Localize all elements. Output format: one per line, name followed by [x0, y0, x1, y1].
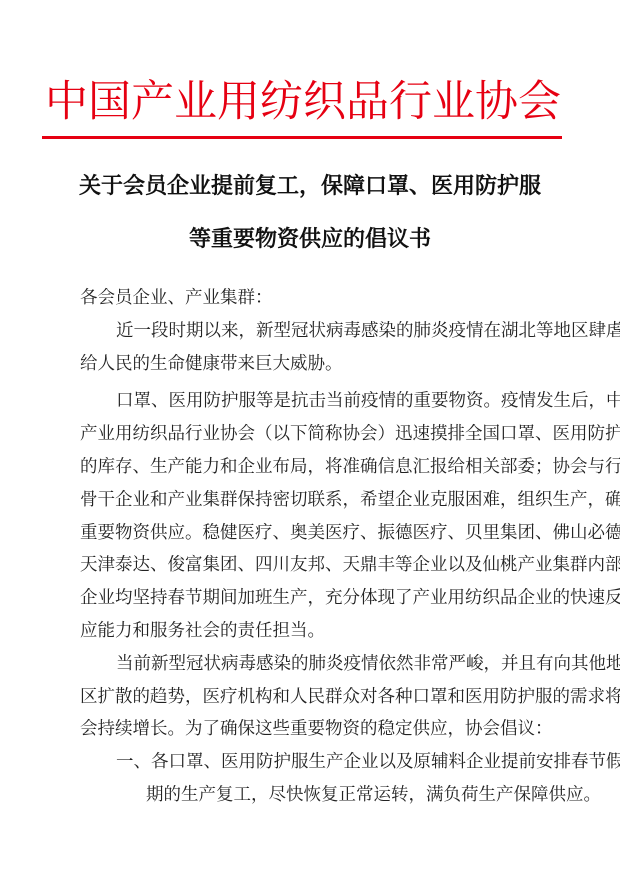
document-title-line-1: 关于会员企业提前复工，保障口罩、医用防护服	[40, 173, 580, 201]
paragraph-1: 近一段时期以来，新型冠状病毒感染的肺炎疫情在湖北等地区肆虐， 给人民的生命健康带…	[80, 317, 560, 383]
paragraph-2: 口罩、医用防护服等是抗击当前疫情的重要物资。疫情发生后，中国 产业用纺织品行业协…	[80, 387, 560, 649]
paragraph-line: 口罩、医用防护服等是抗击当前疫情的重要物资。疫情发生后，中国	[80, 387, 560, 420]
paragraph-line: 当前新型冠状病毒感染的肺炎疫情依然非常严峻，并且有向其他地	[80, 650, 560, 683]
proposal-line: 期的生产复工，尽快恢复正常运转，满负荷生产保障供应。	[80, 781, 560, 814]
paragraph-line: 重要物资供应。稳健医疗、奥美医疗、振德医疗、贝里集团、佛山必德福、	[80, 519, 560, 552]
paragraph-line: 应能力和服务社会的责任担当。	[80, 617, 560, 650]
document-title-line-2: 等重要物资供应的倡议书	[40, 226, 580, 254]
paragraph-line: 会持续增长。为了确保这些重要物资的稳定供应，协会倡议：	[80, 715, 560, 748]
paragraph-line: 产业用纺织品行业协会（以下简称协会）迅速摸排全国口罩、医用防护服	[80, 420, 560, 453]
paragraph-line: 近一段时期以来，新型冠状病毒感染的肺炎疫情在湖北等地区肆虐，	[80, 317, 560, 350]
salutation: 各会员企业、产业集群：	[80, 284, 560, 317]
organization-letterhead: 中国产业用纺织品行业协会	[40, 76, 566, 128]
proposal-line: 一、各口罩、医用防护服生产企业以及原辅料企业提前安排春节假	[80, 748, 560, 781]
paragraph-line: 企业均坚持春节期间加班生产，充分体现了产业用纺织品企业的快速反	[80, 584, 560, 617]
paragraph-line: 骨干企业和产业集群保持密切联系，希望企业克服困难，组织生产，确保	[80, 486, 560, 519]
paragraph-line: 天津泰达、俊富集团、四川友邦、天鼎丰等企业以及仙桃产业集群内部分	[80, 551, 560, 584]
paragraph-3: 当前新型冠状病毒感染的肺炎疫情依然非常严峻，并且有向其他地 区扩散的趋势，医疗机…	[80, 650, 560, 748]
paragraph-line: 区扩散的趋势，医疗机构和人民群众对各种口罩和医用防护服的需求将	[80, 683, 560, 716]
proposal-1: 一、各口罩、医用防护服生产企业以及原辅料企业提前安排春节假 期的生产复工，尽快恢…	[80, 748, 560, 814]
paragraph-line: 的库存、生产能力和企业布局，将准确信息汇报给相关部委；协会与行业	[80, 453, 560, 486]
paragraph-line: 给人民的生命健康带来巨大威胁。	[80, 350, 560, 383]
letterhead-divider	[42, 136, 562, 139]
document-body: 各会员企业、产业集群： 近一段时期以来，新型冠状病毒感染的肺炎疫情在湖北等地区肆…	[80, 284, 560, 814]
